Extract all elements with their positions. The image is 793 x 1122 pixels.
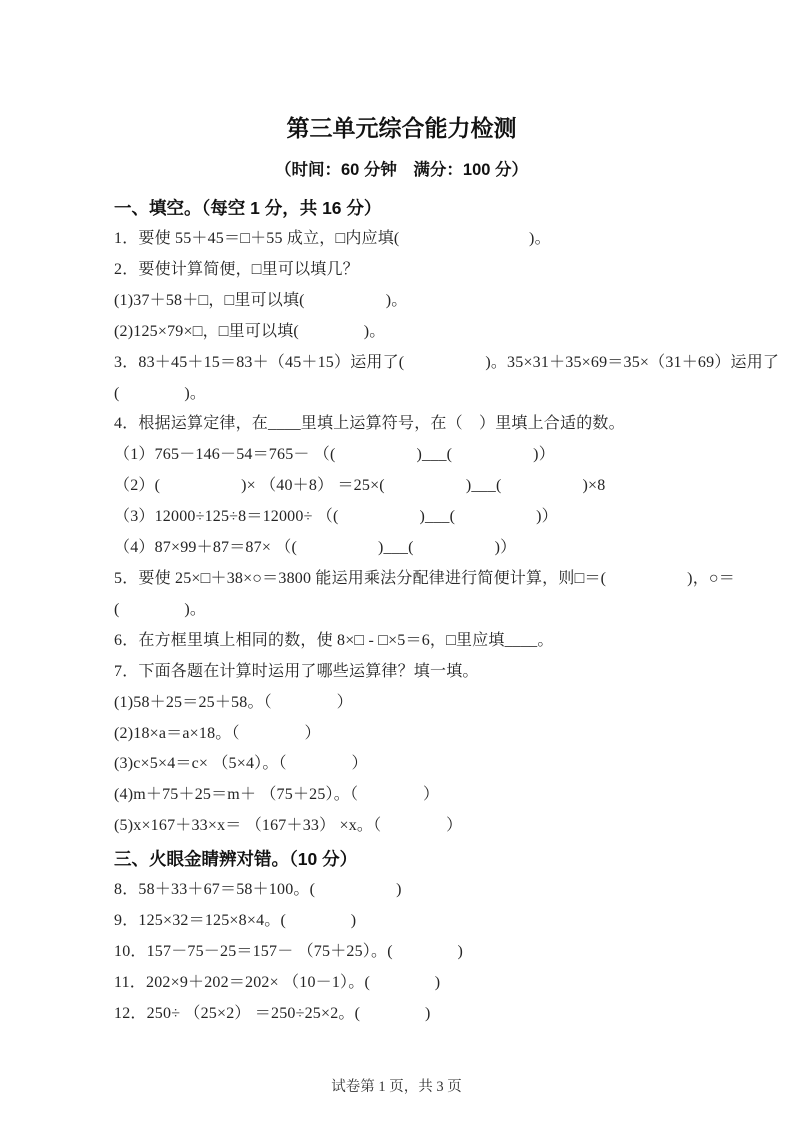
question-line-7-5: (5)x×167＋33×x＝ （167＋33） ×x。（ ） [114,811,689,842]
question-line-7-4: (4)m＋75＋25＝m＋ （75＋25）。（ ） [114,780,689,811]
question-line-7-3: (3)c×5×4＝c× （5×4）。（ ） [114,749,689,780]
question-line-11: 11．202×9＋202＝202× （10－1）。( ) [114,968,689,999]
page-footer: 试卷第 1 页，共 3 页 [0,1075,793,1096]
question-line-4-4: （4）87×99＋87＝87× （( )___( )） [114,533,689,564]
question-line-5-cont: ( )。 [114,595,689,626]
question-line-2: 2．要使计算简便，□里可以填几？ [114,255,689,286]
question-line-1: 1．要使 55＋45＝□＋55 成立，□内应填( )。 [114,224,689,255]
question-line-3: 3．83＋45＋15＝83＋（45＋15）运用了( )。35×31＋35×69＝… [114,348,689,379]
page-title: 第三单元综合能力检测 [114,114,689,142]
exam-page: 第三单元综合能力检测 （时间：60 分钟 满分：100 分） 一、填空。（每空 … [0,0,793,1122]
question-line-5: 5．要使 25×□＋38×○＝3800 能运用乘法分配律进行简便计算，则□＝( … [114,564,689,595]
question-line-12: 12．250÷ （25×2） ＝250÷25×2。( ) [114,999,689,1030]
question-line-2-1: (1)37＋58＋□，□里可以填( )。 [114,286,689,317]
question-line-4-3: （3）12000÷125÷8＝12000÷ （( )___( )） [114,502,689,533]
section-heading-true-false: 三、火眼金睛辨对错。（10 分） [114,844,689,875]
section-heading-fill-in: 一、填空。（每空 1 分，共 16 分） [114,193,689,224]
exam-meta: （时间：60 分钟 满分：100 分） [114,159,689,181]
question-line-3-cont: ( )。 [114,379,689,410]
question-line-10: 10．157－75－25＝157－ （75＋25）。( ) [114,937,689,968]
question-line-2-2: (2)125×79×□，□里可以填( )。 [114,317,689,348]
question-line-7-1: (1)58＋25＝25＋58。（ ） [114,688,689,719]
question-line-4-1: （1）765－146－54＝765－ （( )___( )） [114,440,689,471]
question-line-4: 4．根据运算定律，在____里填上运算符号，在（ ）里填上合适的数。 [114,409,689,440]
question-line-7: 7．下面各题在计算时运用了哪些运算律？填一填。 [114,657,689,688]
question-line-7-2: (2)18×a＝a×18。（ ） [114,719,689,750]
question-line-4-2: （2）( )× （40＋8） ＝25×( )___( )×8 [114,471,689,502]
question-line-8: 8．58＋33＋67＝58＋100。( ) [114,875,689,906]
question-line-9: 9．125×32＝125×8×4。( ) [114,906,689,937]
question-line-6: 6．在方框里填上相同的数，使 8×□ - □×5＝6，□里应填____。 [114,626,689,657]
